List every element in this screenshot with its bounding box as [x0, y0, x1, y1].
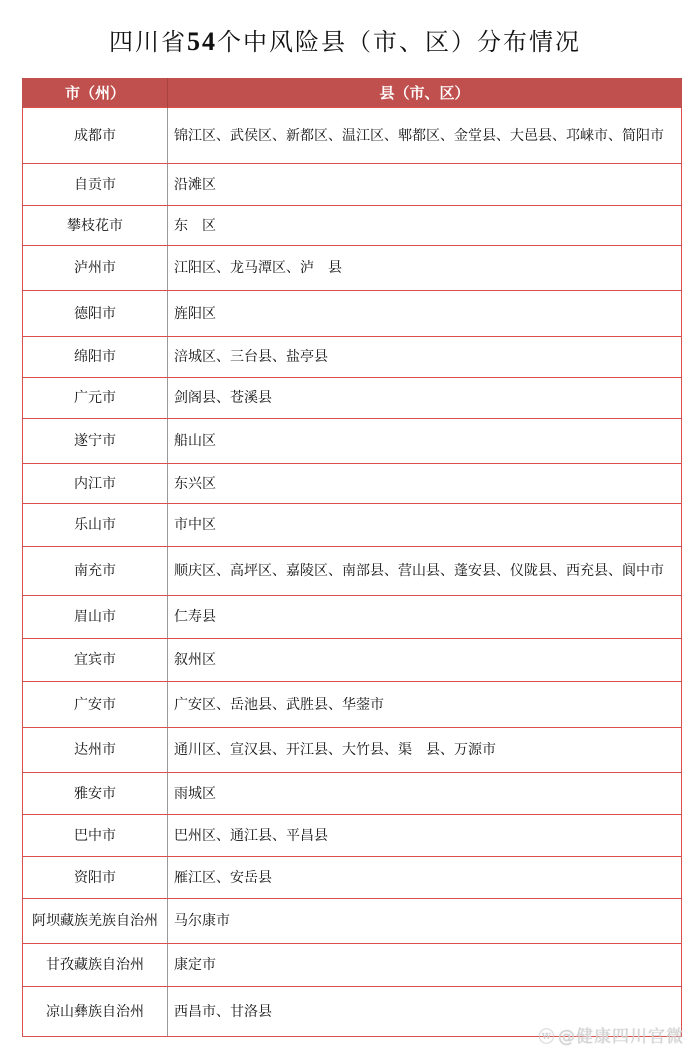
counties-cell: 沿滩区: [168, 164, 682, 206]
table-row: 德阳市旌阳区: [23, 291, 682, 337]
counties-cell: 雨城区: [168, 773, 682, 815]
table-row: 广安市广安区、岳池县、武胜县、华蓥市: [23, 682, 682, 728]
city-cell: 巴中市: [23, 815, 168, 857]
counties-cell: 东 区: [168, 206, 682, 246]
table-row: 阿坝藏族羌族自治州马尔康市: [23, 899, 682, 944]
counties-cell: 市中区: [168, 504, 682, 547]
city-cell: 内江市: [23, 464, 168, 504]
page-title: 四川省54个中风险县（市、区）分布情况: [0, 22, 690, 57]
table-row: 内江市东兴区: [23, 464, 682, 504]
counties-cell: 锦江区、武侯区、新都区、温江区、郫都区、金堂县、大邑县、邛崃市、简阳市: [168, 108, 682, 164]
table-row: 成都市锦江区、武侯区、新都区、温江区、郫都区、金堂县、大邑县、邛崃市、简阳市: [23, 108, 682, 164]
header-counties: 县（市、区）: [168, 78, 682, 108]
city-cell: 资阳市: [23, 857, 168, 899]
city-cell: 宜宾市: [23, 639, 168, 682]
city-cell: 阿坝藏族羌族自治州: [23, 899, 168, 944]
title-prefix: 四川省: [109, 28, 187, 56]
title-number: 54: [187, 27, 217, 56]
counties-cell: 东兴区: [168, 464, 682, 504]
city-cell: 乐山市: [23, 504, 168, 547]
table-row: 泸州市江阳区、龙马潭区、泸 县: [23, 246, 682, 291]
city-cell: 甘孜藏族自治州: [23, 944, 168, 987]
counties-cell: 顺庆区、高坪区、嘉陵区、南部县、营山县、蓬安县、仪陇县、西充县、阆中市: [168, 547, 682, 596]
city-cell: 眉山市: [23, 596, 168, 639]
counties-cell: 雁江区、安岳县: [168, 857, 682, 899]
city-cell: 自贡市: [23, 164, 168, 206]
table-row: 甘孜藏族自治州康定市: [23, 944, 682, 987]
counties-cell: 巴州区、通江县、平昌县: [168, 815, 682, 857]
counties-cell: 江阳区、龙马潭区、泸 县: [168, 246, 682, 291]
counties-cell: 旌阳区: [168, 291, 682, 337]
title-suffix: 个中风险县（市、区）分布情况: [217, 28, 581, 56]
table-row: 绵阳市涪城区、三台县、盐亭县: [23, 337, 682, 378]
city-cell: 广元市: [23, 378, 168, 419]
counties-cell: 船山区: [168, 419, 682, 464]
risk-area-table: 市（州） 县（市、区） 成都市锦江区、武侯区、新都区、温江区、郫都区、金堂县、大…: [22, 78, 682, 1037]
header-city: 市（州）: [23, 78, 168, 108]
city-cell: 雅安市: [23, 773, 168, 815]
table-row: 雅安市雨城区: [23, 773, 682, 815]
city-cell: 攀枝花市: [23, 206, 168, 246]
city-cell: 德阳市: [23, 291, 168, 337]
table-row: 资阳市雁江区、安岳县: [23, 857, 682, 899]
table-row: 南充市顺庆区、高坪区、嘉陵区、南部县、营山县、蓬安县、仪陇县、西充县、阆中市: [23, 547, 682, 596]
table-row: 乐山市市中区: [23, 504, 682, 547]
table-row: 宜宾市叙州区: [23, 639, 682, 682]
counties-cell: 广安区、岳池县、武胜县、华蓥市: [168, 682, 682, 728]
city-cell: 遂宁市: [23, 419, 168, 464]
watermark-text: @健康四川官微: [558, 1027, 684, 1047]
table-row: 巴中市巴州区、通江县、平昌县: [23, 815, 682, 857]
counties-cell: 仁寿县: [168, 596, 682, 639]
city-cell: 泸州市: [23, 246, 168, 291]
city-cell: 绵阳市: [23, 337, 168, 378]
table-body: 成都市锦江区、武侯区、新都区、温江区、郫都区、金堂县、大邑县、邛崃市、简阳市自贡…: [23, 108, 682, 1037]
table-row: 广元市剑阁县、苍溪县: [23, 378, 682, 419]
city-cell: 广安市: [23, 682, 168, 728]
counties-cell: 康定市: [168, 944, 682, 987]
watermark: ⓦ@健康四川官微: [536, 1022, 684, 1047]
counties-cell: 涪城区、三台县、盐亭县: [168, 337, 682, 378]
counties-cell: 叙州区: [168, 639, 682, 682]
city-cell: 达州市: [23, 728, 168, 773]
table-row: 达州市通川区、宣汉县、开江县、大竹县、渠 县、万源市: [23, 728, 682, 773]
table-row: 自贡市沿滩区: [23, 164, 682, 206]
city-cell: 成都市: [23, 108, 168, 164]
table-header-row: 市（州） 县（市、区）: [23, 78, 682, 108]
counties-cell: 剑阁县、苍溪县: [168, 378, 682, 419]
table-row: 眉山市仁寿县: [23, 596, 682, 639]
table-row: 攀枝花市东 区: [23, 206, 682, 246]
city-cell: 南充市: [23, 547, 168, 596]
city-cell: 凉山彝族自治州: [23, 987, 168, 1037]
weibo-icon: ⓦ: [536, 1024, 558, 1047]
table-row: 遂宁市船山区: [23, 419, 682, 464]
counties-cell: 通川区、宣汉县、开江县、大竹县、渠 县、万源市: [168, 728, 682, 773]
counties-cell: 马尔康市: [168, 899, 682, 944]
